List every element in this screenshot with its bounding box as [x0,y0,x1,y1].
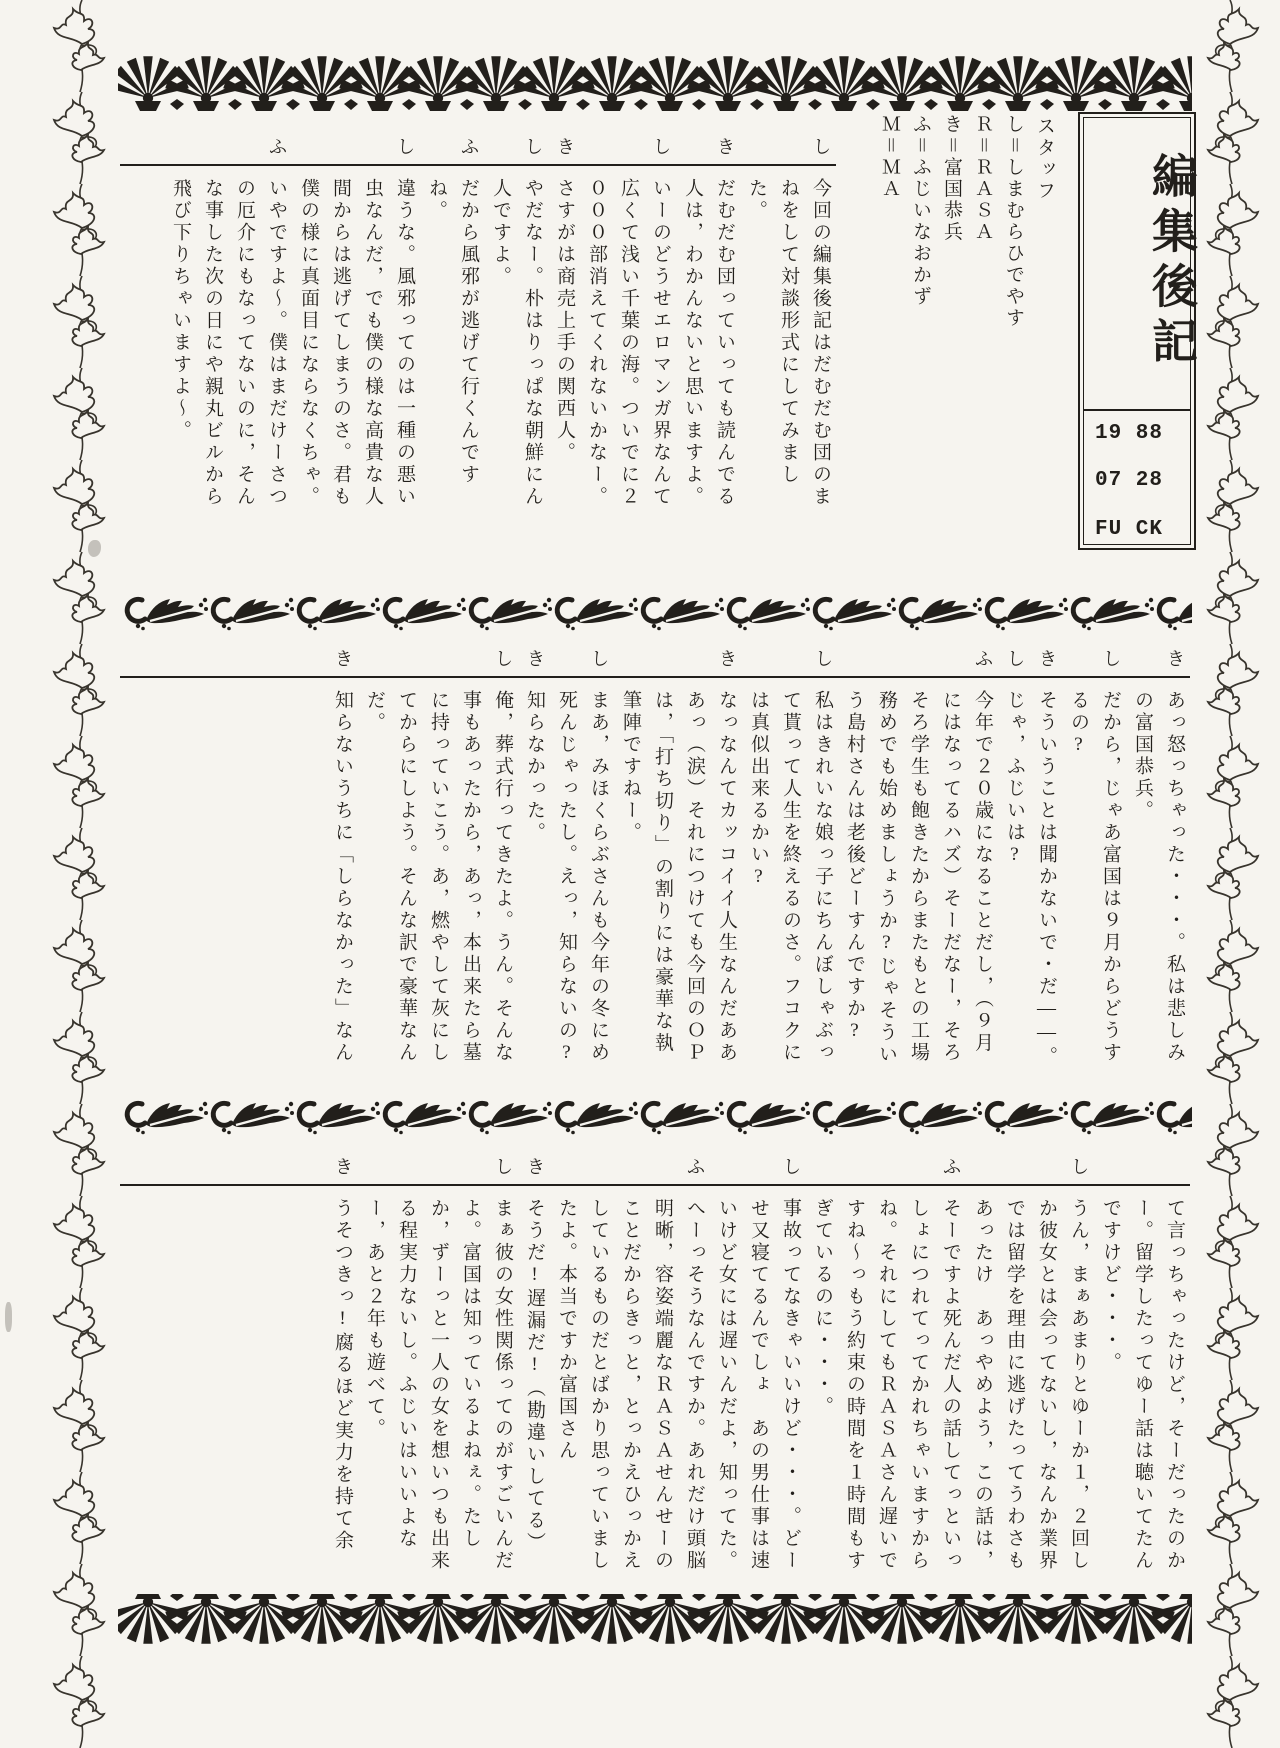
dialogue-utterance: し 俺，葬式行ってきたよ。うん。そんな事もあったから，あっ，本出来たら墓に持って… [358,690,518,1072]
staff-member: Ｒ＝ＲＡＳＡ [967,114,998,538]
utterance-text: だむだむ団っていっても読んでる人は，わかんないと思いますよ。 [682,178,735,508]
speaker-marker: し [519,131,549,163]
staff-member: き＝富国恭兵 [936,114,967,538]
utterance-text: 俺，葬式行ってきたよ。うん。そんな事もあったから，あっ，本出来たら墓に持っていこ… [364,690,513,1064]
utterance-text: やだなー。朴はりっぱな朝鮮にん人ですよ。 [490,178,543,508]
utterance-text: そうだ!遅漏だ!（勘違いしてる） [524,1198,545,1554]
dialogue-utterance: ふ 今年で２０歳になることだし，（９月にはなってるハズ）そーだなー，そろそろ学生… [838,690,998,1072]
utterance-text: 違うな。風邪ってのは一種の悪い虫なんだ，でも僕の様な高貴な人間からは逃げてしまう… [298,178,415,508]
dialogue-section-2: き あっ怒っちゃった・・・。私は悲しみの富国恭兵。 し だから，じゃあ富国は９月… [120,632,1190,1076]
dialogue-utterance: し まあ，みほくらぶさんも今年の冬にめ死んじゃったし。えっ，知らないの? [550,690,614,1072]
dialogue-utterance: き あっ怒っちゃった・・・。私は悲しみの富国恭兵。 [1126,690,1190,1072]
speaker-marker: し [647,131,677,163]
ink-smudge [5,1302,12,1332]
speaker-marker: き [713,643,743,675]
dialogue-utterance: て言っちゃったけど，そーだったのかー。留学したってゆー話は聴いてたんですけど・・… [1094,1198,1190,1588]
section-rule [120,164,836,166]
dialogue-utterance: き だむだむ団っていっても読んでる人は，わかんないと思いますよ。 [676,178,740,528]
speaker-marker: き [711,131,741,163]
dialogue-utterance: し 私はきれいな娘っ子にちんぼしゃぶって貰って人生を終えるのさ。フコクには真似出… [742,690,838,1072]
dialogue-utterance: き さすがは商売上手の関西人。 [548,178,580,528]
utterance-text: じゃ，ふじいは? [1004,690,1025,868]
dialogue-utterance: し じゃ，ふじいは? [998,690,1030,1072]
utterance-text: そういうことは聞かないで・だ――。 [1036,690,1057,1068]
dialogue-utterance: き うそつきっ!腐るほど実力を持て余 [326,1198,358,1588]
section-divider-band-1 [118,592,1192,632]
page-title: 編集後記 [1080,128,1194,396]
speaker-marker: ふ [455,131,485,163]
right-vine-border [1196,0,1264,1748]
speaker-marker: し [1065,1151,1095,1183]
utterance-text: 今回の編集後記はだむだむ団のまねをして対談形式にしてみました。 [746,178,831,508]
speaker-marker: し [1097,643,1127,675]
speaker-marker: き [329,1151,359,1183]
dialogue-utterance: し うん，まぁあまりとゆーか１，２回しか彼女とは会ってないし，なんか業界では留学… [966,1198,1094,1588]
editorial-title-box: 編集後記 19 88 07 28 FU CK [1078,112,1196,550]
dialogue-utterance: ふ へーっそうなんですか。あれだけ頭脳明晰，容姿端麗なＲＡＳＡせんせーのことだか… [550,1198,710,1588]
left-vine-border [48,0,116,1748]
utterance-text: 今年で２０歳になることだし，（９月にはなってるハズ）そーだなー，そろそろ学生も飽… [844,690,993,1066]
utterance-text: 私はきれいな娘っ子にちんぼしゃぶって貰って人生を終えるのさ。フコクには真似出来る… [748,690,833,1064]
staff-list: スタッフ し＝しまむらひでやすＲ＝ＲＡＳＡき＝富国恭兵ふ＝ふじいなおかずＭ＝ＭＡ [846,114,1060,538]
utterance-text: あっ怒っちゃった・・・。私は悲しみの富国恭兵。 [1132,690,1185,1064]
date-monthday: 07 28 [1095,469,1190,492]
staff-member: Ｍ＝ＭＡ [874,114,905,538]
utterance-text: そーですよ死んだ人の話してっといっしょにつれてってかれちゃいますからね。それにし… [812,1198,961,1572]
staff-member: し＝しまむらひでやす [998,114,1029,538]
date-stamp-text: FU CK [1095,518,1190,541]
dialogue-utterance: き そうだ!遅漏だ!（勘違いしてる） [518,1198,550,1588]
dialogue-utterance: し 違うな。風邪ってのは一種の悪い虫なんだ，でも僕の様な高貴な人間からは逃げてし… [292,178,420,528]
staff-member: ふ＝ふじいなおかず [905,114,936,538]
utterance-text: まあ，みほくらぶさんも今年の冬にめ死んじゃったし。えっ，知らないの? [556,690,609,1066]
dialogue-utterance: し 今回の編集後記はだむだむ団のまねをして対談形式にしてみました。 [740,178,836,528]
utterance-text: だから風邪が逃げて行くんですね。 [426,178,479,486]
speaker-marker: き [1161,643,1191,675]
utterance-text: へーっそうなんですか。あれだけ頭脳明晰，容姿端麗なＲＡＳＡせんせーのことだからき… [556,1198,705,1572]
speaker-marker: ふ [937,1151,967,1183]
dialogue-utterance: し だから，じゃあ富国は９月からどうするの? [1062,690,1126,1072]
speaker-marker: し [391,131,421,163]
dialogue-utterance: し 事故ってなきゃいいけど・・・。どーせ又寝てるんでしょ あの男仕事は速いけど女… [710,1198,806,1588]
utterance-text: いやですよ～。僕はまだけーさつの厄介にもなってないのに，そんな事した次の日にや親… [170,178,287,508]
dialogue-section-1: し 今回の編集後記はだむだむ団のまねをして対談形式にしてみました。 き だむだむ… [120,120,836,532]
dialogue-utterance: ふ そーですよ死んだ人の話してっといっしょにつれてってかれちゃいますからね。それ… [806,1198,966,1588]
speaker-marker: き [329,643,359,675]
utterance-text: だから，じゃあ富国は９月からどうするの? [1068,690,1121,1064]
utterance-text: いーのどうせエロマンガ界なんて広くて浅い千葉の海。ついでに２０００部消えてくれな… [586,178,671,508]
speaker-marker: き [551,131,581,163]
speaker-marker: き [1033,643,1063,675]
speaker-marker: ふ [263,131,293,163]
bottom-fan-band [118,1594,1192,1656]
utterance-text: なっなんてカッコイイ人生なんだあああっ（涙）それにつけても今回のＯＰは，「打ち切… [620,690,737,1064]
speaker-marker: き [521,643,551,675]
utterance-text: まぁ彼の女性関係ってのがすごいんだよ。富国は知っているよねぇ。たしか，ずーっと一… [364,1198,513,1572]
dialogue-utterance: し いーのどうせエロマンガ界なんて広くて浅い千葉の海。ついでに２０００部消えてく… [580,178,676,528]
speaker-marker: し [809,643,839,675]
staff-heading: スタッフ [1029,114,1060,540]
dialogue-utterance: し まぁ彼の女性関係ってのがすごいんだよ。富国は知っているよねぇ。たしか，ずーっ… [358,1198,518,1588]
utterance-text: うそつきっ!腐るほど実力を持て余 [332,1198,353,1552]
dialogue-utterance: き なっなんてカッコイイ人生なんだあああっ（涙）それにつけても今回のＯＰは，「打… [614,690,742,1072]
speaker-marker: し [489,643,519,675]
date-year: 19 88 [1095,422,1190,445]
dialogue-utterance: ふ いやですよ～。僕はまだけーさつの厄介にもなってないのに，そんな事した次の日に… [164,178,292,528]
speaker-marker: し [585,643,615,675]
scanned-doujinshi-afterword-page: 編集後記 19 88 07 28 FU CK スタッフ し＝しまむらひでやすＲ＝… [0,0,1280,1748]
speaker-marker: し [777,1151,807,1183]
speaker-marker: き [521,1151,551,1183]
dialogue-utterance: き 知らないうちに「しらなかった」なん [326,690,358,1072]
title-box-divider [1083,409,1191,411]
utterance-text: さすがは商売上手の関西人。 [554,178,575,464]
section-rule [120,1184,1190,1186]
dialogue-section-3: て言っちゃったけど，そーだったのかー。留学したってゆー話は聴いてたんですけど・・… [120,1140,1190,1592]
speaker-marker: ふ [969,643,999,675]
speaker-marker: ふ [681,1151,711,1183]
dialogue-utterance: ふ だから風邪が逃げて行くんですね。 [420,178,484,528]
utterance-text: て言っちゃったけど，そーだったのかー。留学したってゆー話は聴いてたんですけど・・… [1100,1198,1185,1572]
dialogue-utterance: し やだなー。朴はりっぱな朝鮮にん人ですよ。 [484,178,548,528]
utterance-text: 事故ってなきゃいいけど・・・。どーせ又寝てるんでしょ あの男仕事は速いけど女には… [716,1198,801,1572]
utterance-text: 知らないうちに「しらなかった」なん [332,690,353,1064]
section-rule [120,676,1190,678]
section-divider-band-2 [118,1096,1192,1136]
speaker-marker: し [1001,643,1031,675]
speaker-marker: し [489,1151,519,1183]
dialogue-utterance: き 知らなかった。 [518,690,550,1072]
top-fan-band [118,44,1192,112]
dialogue-utterance: き そういうことは聞かないで・だ――。 [1030,690,1062,1072]
utterance-text: 知らなかった。 [524,690,545,844]
utterance-text: うん，まぁあまりとゆーか１，２回しか彼女とは会ってないし，なんか業界では留学を理… [972,1198,1089,1572]
speaker-marker: し [807,131,837,163]
